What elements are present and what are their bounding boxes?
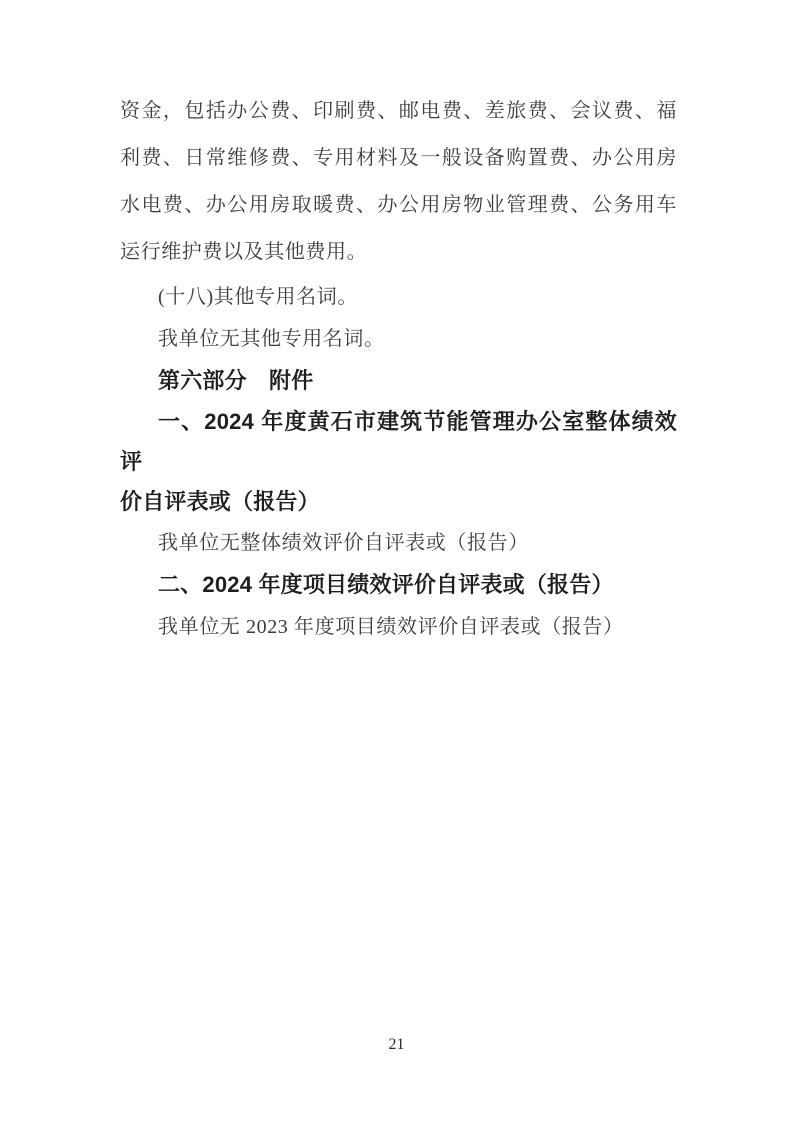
paragraph-line: 运行维护费以及其他费用。 bbox=[120, 229, 677, 276]
document-page: 资金，包括办公费、印刷费、邮电费、差旅费、会议费、福 利费、日常维修费、专用材料… bbox=[0, 0, 793, 1122]
paragraph-funds: 资金，包括办公费、印刷费、邮电费、差旅费、会议费、福 利费、日常维修费、专用材料… bbox=[120, 88, 677, 276]
paragraph-no-overall-report: 我单位无整体绩效评价自评表或（报告） bbox=[120, 522, 677, 564]
paragraph-item18: (十八)其他专用名词。 bbox=[120, 276, 677, 318]
heading-line: 价自评表或（报告） bbox=[120, 482, 677, 522]
section-heading-part6: 第六部分 附件 bbox=[120, 360, 677, 402]
paragraph-line: 资金，包括办公费、印刷费、邮电费、差旅费、会议费、福 bbox=[120, 88, 677, 135]
heading-line: 一、2024 年度黄石市建筑节能管理办公室整体绩效评 bbox=[120, 402, 677, 482]
document-body: 资金，包括办公费、印刷费、邮电费、差旅费、会议费、福 利费、日常维修费、专用材料… bbox=[120, 88, 677, 648]
paragraph-no-project-report: 我单位无 2023 年度项目绩效评价自评表或（报告） bbox=[120, 606, 677, 648]
paragraph-no-terms: 我单位无其他专用名词。 bbox=[120, 318, 677, 360]
page-number: 21 bbox=[0, 1036, 793, 1054]
paragraph-line: 利费、日常维修费、专用材料及一般设备购置费、办公用房 bbox=[120, 135, 677, 182]
attachment-heading-1: 一、2024 年度黄石市建筑节能管理办公室整体绩效评 价自评表或（报告） bbox=[120, 402, 677, 522]
attachment-heading-2: 二、2024 年度项目绩效评价自评表或（报告） bbox=[120, 564, 677, 606]
paragraph-line: 水电费、办公用房取暖费、办公用房物业管理费、公务用车 bbox=[120, 182, 677, 229]
